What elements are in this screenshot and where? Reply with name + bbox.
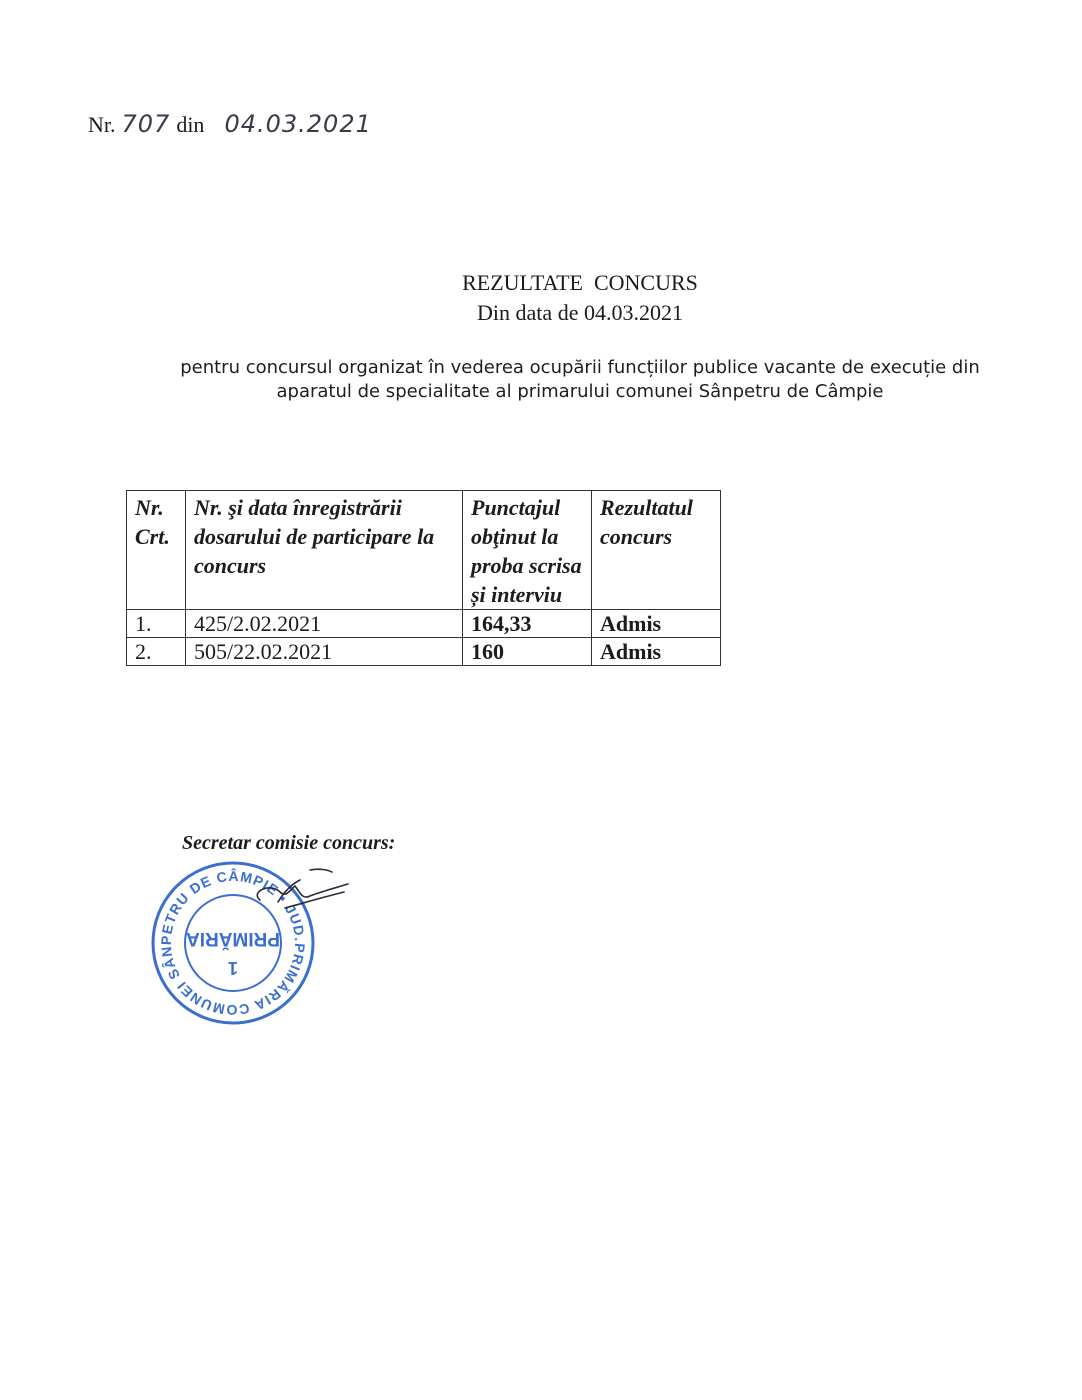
cell-dosar: 425/2.02.2021 [186,610,463,638]
results-table: Nr. Crt. Nr. şi data înregistrării dosar… [126,490,721,666]
registration-number: 707 [122,110,171,138]
registration-line: Nr. 707 din 04.03.2021 [88,110,372,138]
subtitle-line-2: aparatul de specialitate al primarului c… [150,380,1010,404]
table-row: 2. 505/22.02.2021 160 Admis [127,638,721,666]
cell-nr: 2. [127,638,186,666]
svg-text:PRIMĂRIA: PRIMĂRIA [186,928,280,950]
cell-rezultat: Admis [592,638,721,666]
subtitle-line-1: pentru concursul organizat în vederea oc… [150,356,1010,380]
document-header: REZULTATE CONCURS Din data de 04.03.2021 [380,268,780,328]
table-row: 1. 425/2.02.2021 164,33 Admis [127,610,721,638]
document-subtitle: pentru concursul organizat în vederea oc… [150,356,1010,404]
svg-text:1: 1 [228,958,238,978]
registration-nr-label: Nr. [88,112,116,138]
table-header-row: Nr. Crt. Nr. şi data înregistrării dosar… [127,491,721,610]
document-date: Din data de 04.03.2021 [380,298,780,328]
cell-punctaj: 164,33 [463,610,592,638]
header-dosar: Nr. şi data înregistrării dosarului de p… [186,491,463,610]
registration-din-label: din [176,112,204,138]
cell-rezultat: Admis [592,610,721,638]
header-punctaj: Punctajul obţinut la proba scrisa și int… [463,491,592,610]
document-title: REZULTATE CONCURS [380,268,780,298]
cell-nr: 1. [127,610,186,638]
cell-punctaj: 160 [463,638,592,666]
header-nr-crt: Nr. Crt. [127,491,186,610]
signature-label: Secretar comisie concurs: [182,832,395,855]
signature-scribble-icon [240,862,350,922]
registration-date: 04.03.2021 [224,110,371,138]
header-rezultat: Rezultatul concurs [592,491,721,610]
cell-dosar: 505/22.02.2021 [186,638,463,666]
